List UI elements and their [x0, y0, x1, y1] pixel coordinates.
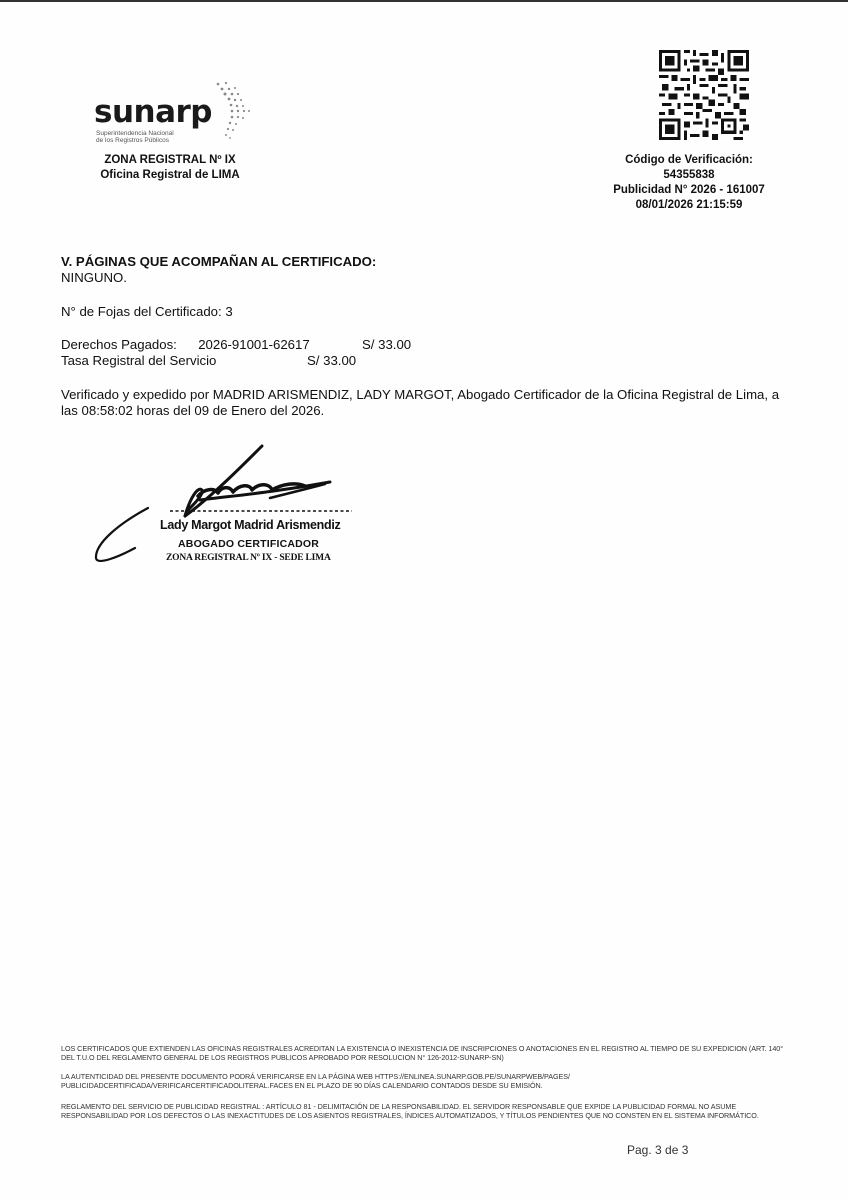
page-number: Pag. 3 de 3 — [627, 1143, 688, 1157]
signer-name: Lady Margot Madrid Arismendiz — [160, 518, 340, 532]
fojas-count: N° de Fojas del Certificado: 3 — [61, 304, 233, 320]
footer-legal-paragraph-1: LOS CERTIFICADOS QUE EXTIENDEN LAS OFICI… — [61, 1045, 791, 1062]
derechos-number: 2026-91001-62617 — [198, 337, 309, 352]
zona-registral: ZONA REGISTRAL Nº IX — [60, 153, 280, 168]
tasa-amount: S/ 33.00 — [307, 353, 356, 368]
verification-label: Código de Verificación: — [598, 153, 780, 168]
signature-stamp: Lady Margot Madrid Arismendiz ABOGADO CE… — [90, 438, 380, 573]
oficina-registral: Oficina Registral de LIMA — [60, 168, 280, 183]
signer-zone: ZONA REGISTRAL Nº IX - SEDE LIMA — [166, 553, 331, 563]
top-border-line — [0, 0, 848, 2]
issue-datetime: 08/01/2026 21:15:59 — [598, 198, 780, 213]
derechos-label: Derechos Pagados: — [61, 337, 177, 352]
verification-statement: Verificado y expedido por MADRID ARISMEN… — [61, 387, 791, 419]
derechos-pagados-row: Derechos Pagados: 2026-91001-62617 S/ 33… — [61, 337, 411, 353]
qr-code-icon — [659, 50, 749, 140]
registry-office-block: ZONA REGISTRAL Nº IX Oficina Registral d… — [60, 153, 280, 183]
publicidad-number: Publicidad N° 2026 - 161007 — [598, 183, 780, 198]
verification-block: Código de Verificación: 54355838 Publici… — [598, 153, 780, 213]
sunarp-logo: sunarp Superintendencia Nacional de los … — [94, 80, 254, 150]
logo-subtitle-line1: Superintendencia Nacional — [96, 130, 174, 137]
section-value: NINGUNO. — [61, 270, 127, 286]
signer-role: ABOGADO CERTIFICADOR — [178, 538, 319, 550]
logo-subtitle: Superintendencia Nacional de los Registr… — [96, 130, 174, 144]
footer-legal-paragraph-2: LA AUTENTICIDAD DEL PRESENTE DOCUMENTO P… — [61, 1073, 791, 1090]
derechos-amount: S/ 33.00 — [362, 337, 411, 352]
logo-subtitle-line2: de los Registros Públicos — [96, 137, 174, 144]
verification-code: 54355838 — [598, 168, 780, 183]
tasa-label: Tasa Registral del Servicio — [61, 353, 307, 369]
footer-legal-paragraph-3: REGLAMENTO DEL SERVICIO DE PUBLICIDAD RE… — [61, 1103, 791, 1120]
tasa-registral-row: Tasa Registral del ServicioS/ 33.00 — [61, 353, 356, 369]
logo-wordmark: sunarp — [94, 94, 212, 130]
section-title: V. PÁGINAS QUE ACOMPAÑAN AL CERTIFICADO: — [61, 254, 376, 270]
sunburst-icon — [212, 80, 252, 142]
